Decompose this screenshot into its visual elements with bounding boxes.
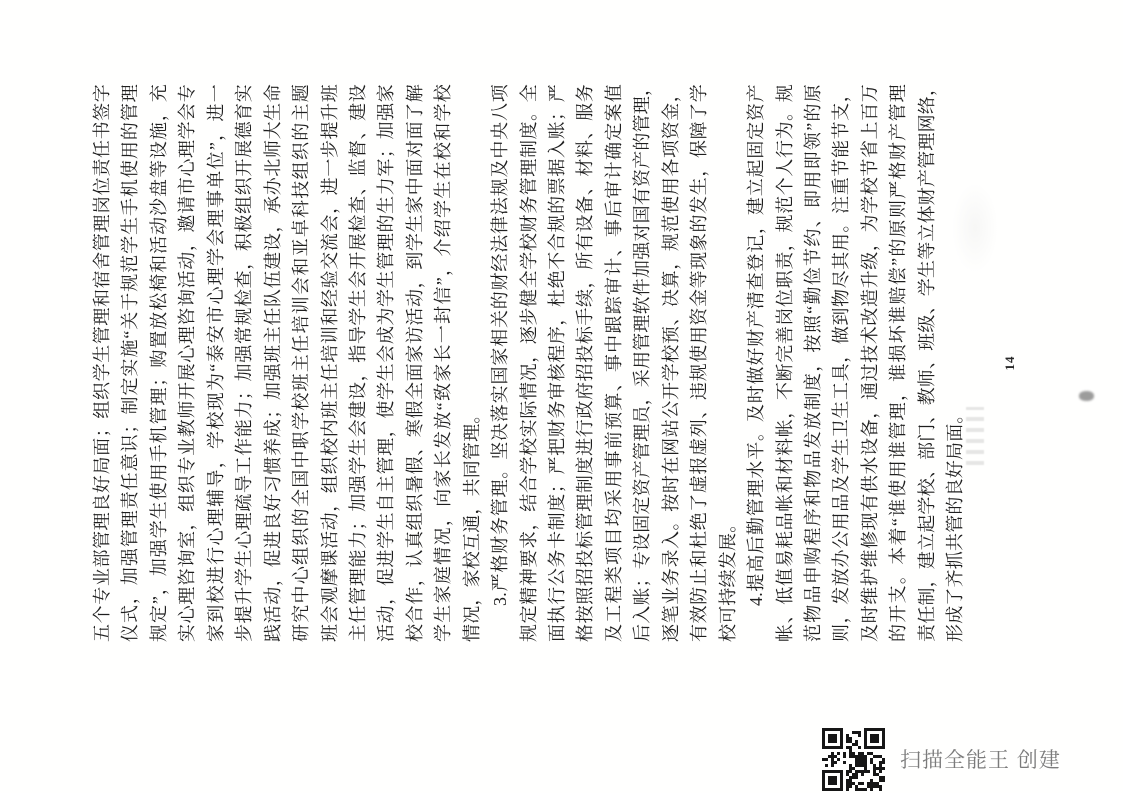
page-number: 14 [1002, 84, 1018, 642]
text-line: 校可持续发展。 [714, 84, 742, 642]
watermark-text: 扫描全能王 创建 [900, 744, 1061, 774]
text-line: 4.提高后勤管理水平。及时做好财产清查登记，建立起固定资产 [742, 84, 770, 642]
text-line: 3.严格财务管理。坚决落实国家相关的财经法律法规及中央八项 [486, 84, 514, 642]
scan-dash-artifact [966, 407, 984, 465]
scanned-page-rotated: 五个专业部管理良好局面；组织学生管理和宿舍管理岗位责任书签字仪式，加强管理责任意… [0, 0, 1123, 793]
text-line: 主任管理能力；加强学生会建设，指导学生会开展检查、监督、建设 [344, 84, 372, 642]
text-line: 践活动，促进良好习惯养成；加强班主任队伍建设，承办北师大生命 [259, 84, 287, 642]
text-line: 面执行公务卡制度；严把财务审核程序，杜绝不合规的票据入账；严 [543, 84, 571, 642]
text-line: 情况，家校互通，共同管理。 [458, 84, 486, 642]
qr-code-icon [822, 728, 885, 791]
scanned-document-frame: 五个专业部管理良好局面；组织学生管理和宿舍管理岗位责任书签字仪式，加强管理责任意… [0, 0, 1123, 793]
text-line: 五个专业部管理良好局面；组织学生管理和宿舍管理岗位责任书签字 [88, 84, 116, 642]
text-line: 学生家庭情况，向家长发放“致家长一封信”，介绍学生在校和学校 [429, 84, 457, 642]
text-line: 的开支。本着“谁使用谁管理，谁损坏谁赔偿”的原则严格财产管理 [884, 84, 912, 642]
text-line: 逐笔业务录入。按时在网站公开学校预、决算，规范使用各项资金， [657, 84, 685, 642]
text-line: 帐、低值易耗品帐和材料帐，不断完善岗位职责，规范个人行为。规 [771, 84, 799, 642]
scan-smudge-artifact [1079, 391, 1094, 401]
text-line: 校合作，认真组织暑假、寒假全面家访活动，到学生家中面对面了解 [401, 84, 429, 642]
text-line: 规定精神要求，结合学校实际情况，逐步健全学校财务管理制度。全 [515, 84, 543, 642]
text-line: 实心理咨询室，组织专业教师开展心理咨询活动，邀请市心理学会专 [173, 84, 201, 642]
text-line: 步提升学生心理疏导工作能力；加强常规检查，积极组织开展德育实 [230, 84, 258, 642]
scan-blob-artifact [952, 183, 998, 273]
text-line: 家到校进行心理辅导，学校现为“泰安市心理学会理事单位”，进一 [202, 84, 230, 642]
text-line: 则，发放办公用品及学生卫生工具，做到物尽其用。注重节能节支， [827, 84, 855, 642]
text-line: 及时维护维修现有供水设备，通过技术改造升级，为学校节省上百万 [856, 84, 884, 642]
text-line: 范物品申购程序和物品发放制度，按照“勤俭节约、即用即领”的原 [799, 84, 827, 642]
document-text: 五个专业部管理良好局面；组织学生管理和宿舍管理岗位责任书签字仪式，加强管理责任意… [88, 84, 970, 642]
camscanner-watermark: 扫描全能王 创建 [822, 727, 1061, 791]
text-line: 有效防止和杜绝了虚报虚列、违规使用资金等现象的发生，保障了学 [685, 84, 713, 642]
text-line: 仪式，加强管理责任意识；制定实施“关于规范学生手机使用的管理 [116, 84, 144, 642]
text-line: 活动，促进学生自主管理，使学生会成为学生管理的生力军；加强家 [372, 84, 400, 642]
text-line: 形成了齐抓共管的良好局面。 [941, 84, 969, 642]
text-line: 责任制，建立起学校、部门、教师、班级、学生等立体财产管理网络， [913, 84, 941, 642]
text-line: 格按照招投标管理制度进行政府招投标手续，所有设备、材料、服务 [571, 84, 599, 642]
text-line: 规定”，加强学生使用手机管理；购置放松椅和活动沙盘等设施，充 [145, 84, 173, 642]
text-line: 研究中心组织的全国中职学校班主任培训会和亚卓科技组织的主题 [287, 84, 315, 642]
text-line: 后入账；专设固定资产管理员，采用管理软件加强对国有资产的管理， [628, 84, 656, 642]
text-line: 班会观摩课活动，组织校内班主任培训和经验交流会，进一步提升班 [316, 84, 344, 642]
text-line: 及工程类项目均采用事前预算、事中跟踪审计、事后审计确定案值 [600, 84, 628, 642]
